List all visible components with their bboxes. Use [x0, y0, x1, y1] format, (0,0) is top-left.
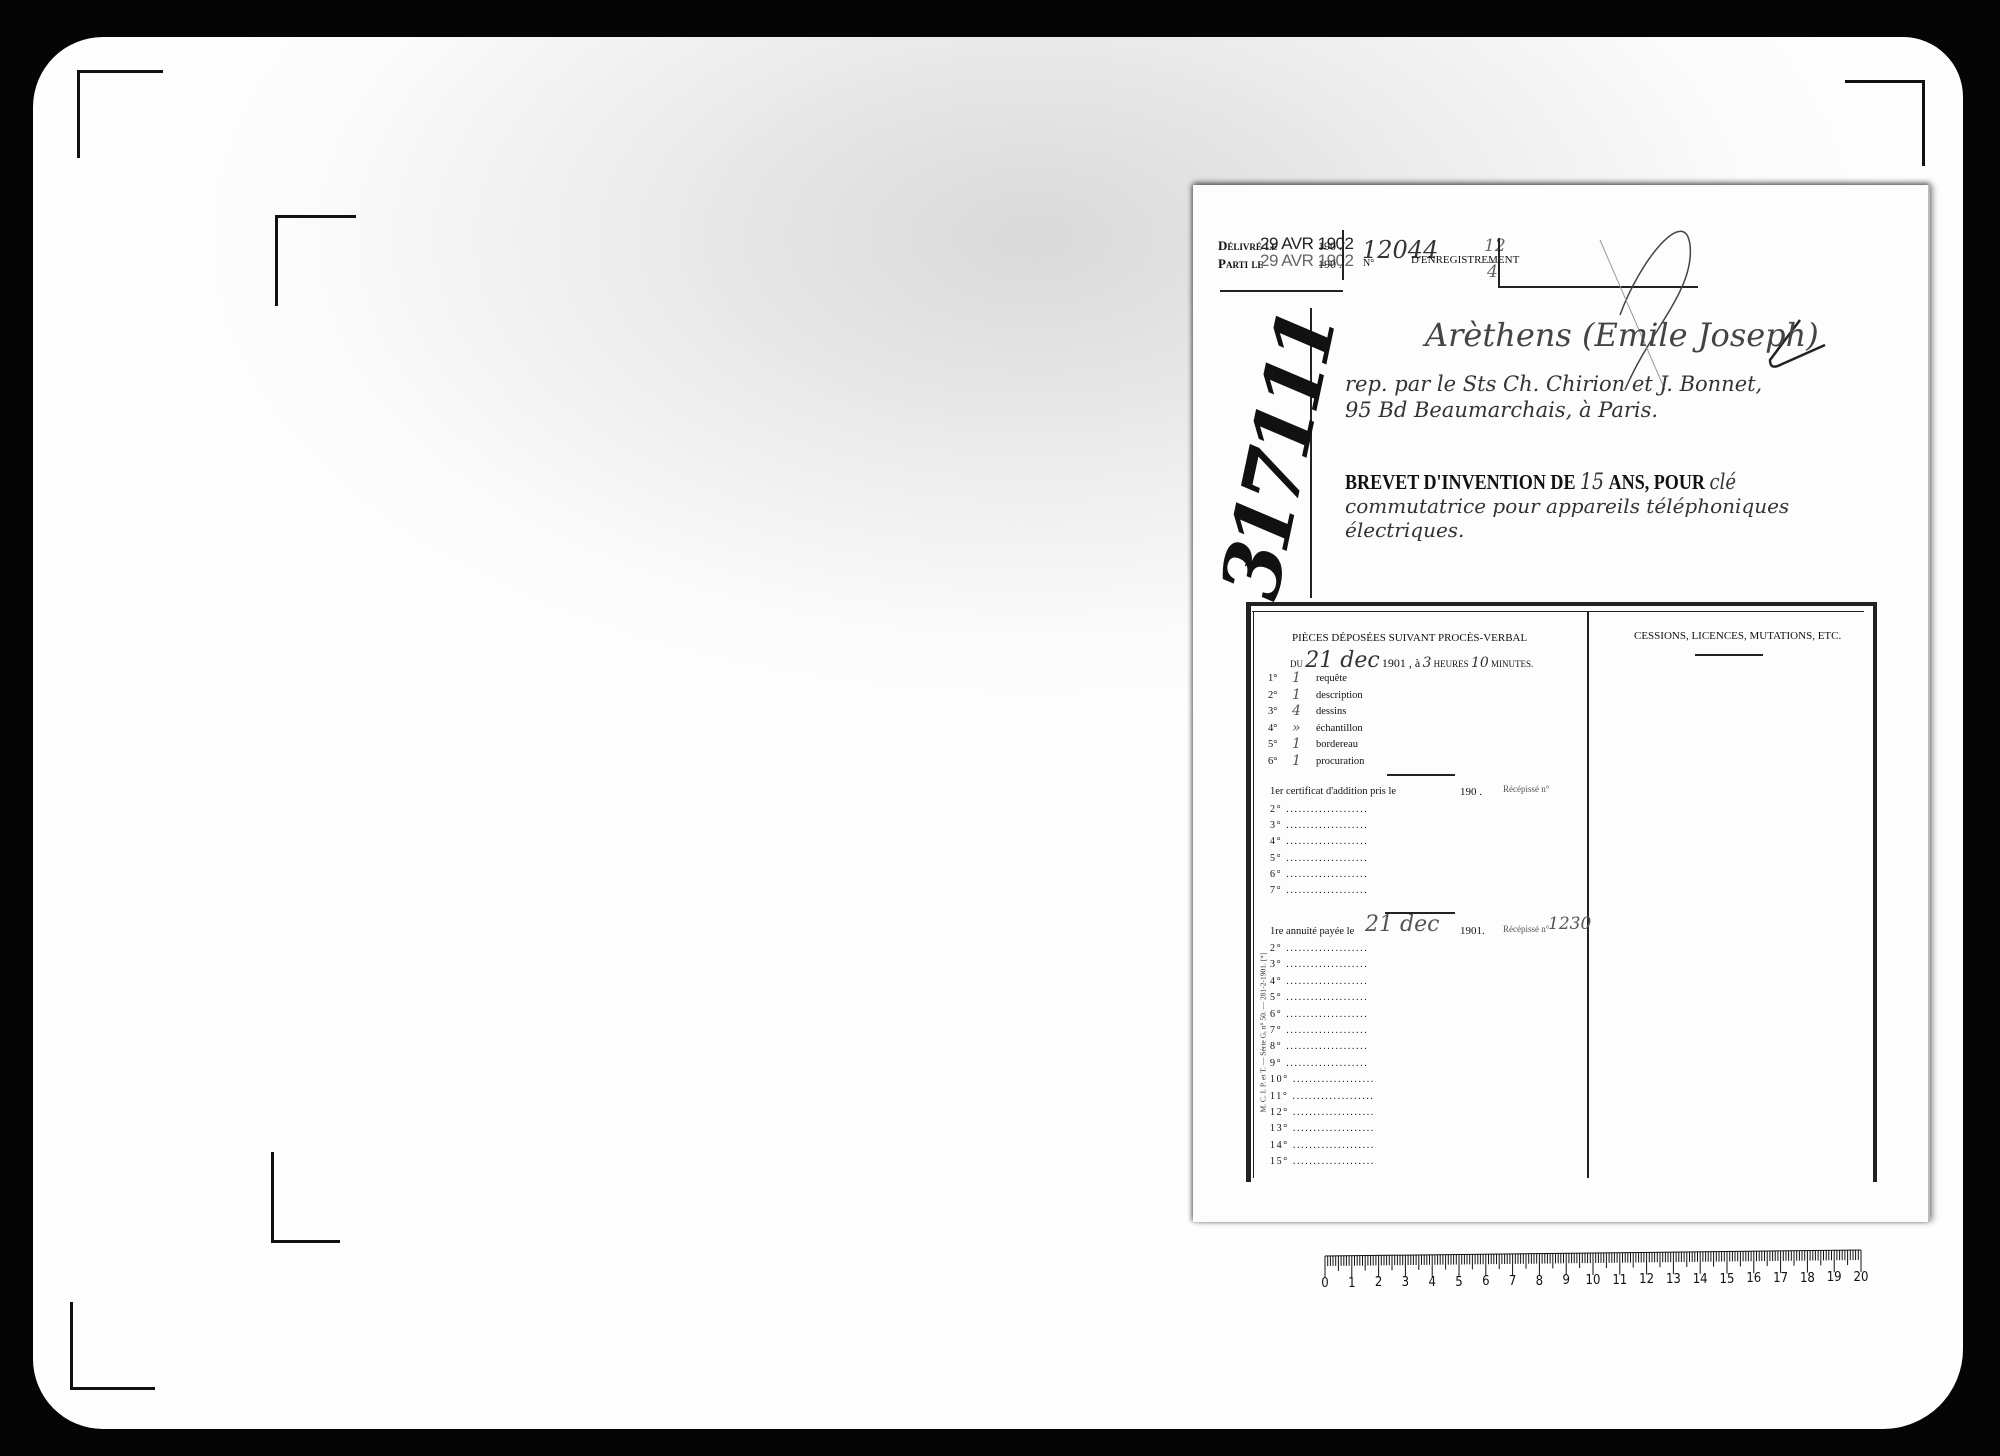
holder-name: Arèthens (Emile Joseph): [1425, 316, 1819, 354]
ruler-label: 15: [1720, 1272, 1735, 1287]
piece-label: bordereau: [1316, 739, 1358, 750]
ruler-label: 12: [1639, 1272, 1654, 1287]
certificate-row: 5° ....................: [1270, 853, 1368, 864]
ruler-label: 4: [1428, 1275, 1435, 1290]
certificate-receipt: Récépissé n°: [1503, 784, 1549, 794]
piece-label: procuration: [1316, 756, 1364, 767]
invention-line-3: électriques.: [1345, 518, 1464, 542]
ruler-label: 7: [1509, 1274, 1516, 1289]
certificate-row: 6° ....................: [1270, 869, 1368, 880]
piece-number: 4°: [1268, 723, 1277, 734]
parti-label: Parti le: [1218, 256, 1263, 272]
ruler-label: 17: [1773, 1271, 1788, 1286]
title-printed-after: ANS, POUR: [1609, 470, 1705, 494]
annuity-year: 1901.: [1460, 925, 1485, 937]
ruler-label: 3: [1402, 1275, 1409, 1290]
annuity-row: 9° ....................: [1270, 1058, 1368, 1069]
side-print: M. C. I. P. et T. — Série G, n° 50. — 28…: [1259, 948, 1268, 1118]
piece-count: 4: [1292, 703, 1301, 719]
certificate-year: 190 .: [1460, 786, 1482, 798]
ruler-label: 2: [1375, 1275, 1382, 1290]
year-prefix-2: 190 .: [1318, 257, 1342, 272]
piece-count: 1: [1292, 687, 1301, 703]
annuity-row: 10° ....................: [1270, 1074, 1375, 1085]
annuity-date: 21 dec: [1365, 912, 1439, 937]
ruler-label: 11: [1612, 1273, 1627, 1288]
annuity-row: 4° ....................: [1270, 976, 1368, 987]
fraction-bottom: 4: [1487, 262, 1498, 282]
invention-line-1: clé: [1709, 470, 1736, 494]
piece-number: 3°: [1268, 706, 1277, 717]
ruler-label: 16: [1746, 1271, 1761, 1286]
deposit-year: 1901 , à: [1382, 656, 1420, 670]
corner-mark-bottom-left-outer: [70, 1302, 155, 1390]
table-inner-left-rule: [1253, 611, 1254, 1178]
piece-label: requête: [1316, 673, 1347, 684]
annuity-row: 5° ....................: [1270, 992, 1368, 1003]
ruler-label: 10: [1586, 1273, 1601, 1288]
piece-count: 1: [1292, 736, 1301, 752]
piece-number: 1°: [1268, 673, 1277, 684]
header-box-bottom-rule: [1220, 290, 1343, 292]
piece-label: description: [1316, 690, 1363, 701]
ruler-label: 0: [1321, 1276, 1328, 1291]
annuity-row: 8° ....................: [1270, 1041, 1368, 1052]
table-column-divider: [1587, 611, 1589, 1178]
invention-line-2: commutatrice pour appareils téléphonique…: [1345, 494, 1789, 518]
annuity-row: 7° ....................: [1270, 1025, 1368, 1036]
hour-label: HEURES: [1434, 659, 1469, 669]
piece-count: 1: [1292, 753, 1301, 769]
corner-mark-top-left-inner: [275, 215, 356, 306]
measurement-ruler: 01234567891011121314151617181920: [1323, 1248, 1863, 1298]
representative-line-1: rep. par le Sts Ch. Chirion et J. Bonnet…: [1345, 372, 1762, 396]
deposit-minutes: 10: [1471, 655, 1489, 671]
year-prefix-1: 190 .: [1318, 239, 1342, 254]
ruler-label: 5: [1455, 1275, 1462, 1290]
ruler-label: 9: [1562, 1273, 1569, 1288]
right-column-heading: CESSIONS, LICENCES, MUTATIONS, ETC.: [1634, 630, 1841, 642]
title-printed: BREVET D'INVENTION DE: [1345, 470, 1575, 494]
piece-count: 1: [1292, 670, 1301, 686]
table-inner-top-rule: [1252, 611, 1864, 612]
handwritten-flourish: [1500, 200, 1900, 400]
certificate-first: 1er certificat d'addition pris le: [1270, 786, 1396, 797]
ruler-label: 1: [1348, 1276, 1355, 1291]
piece-number: 6°: [1268, 756, 1277, 767]
certificate-row: 3° ....................: [1270, 820, 1368, 831]
ruler-label: 14: [1693, 1272, 1708, 1287]
piece-label: dessins: [1316, 706, 1346, 717]
annuity-row: 13° ....................: [1270, 1123, 1375, 1134]
deposit-du: DU: [1290, 659, 1303, 669]
pieces-separator: [1387, 774, 1455, 776]
annuity-receipt-value: 1230: [1548, 914, 1591, 934]
ruler-label: 18: [1800, 1271, 1815, 1286]
piece-label: échantillon: [1316, 723, 1363, 734]
annuity-row: 12° ....................: [1270, 1107, 1375, 1118]
corner-mark-top-left-outer: [77, 70, 163, 158]
ruler-label: 20: [1854, 1270, 1869, 1285]
duration-years: 15: [1580, 470, 1604, 495]
ruler-label: 8: [1536, 1274, 1543, 1289]
deposit-hour: 3: [1423, 655, 1432, 671]
annuity-first: 1re annuité payée le: [1270, 926, 1354, 937]
certificate-row: 4° ....................: [1270, 836, 1368, 847]
annuity-row: 6° ....................: [1270, 1009, 1368, 1020]
certificate-row: 2° ....................: [1270, 804, 1368, 815]
deposit-line: DU 21 dec 1901 , à 3 HEURES 10 MINUTES.: [1290, 648, 1533, 673]
annuity-row: 15° ....................: [1270, 1156, 1375, 1167]
right-heading-underline: [1695, 654, 1763, 656]
annuity-row: 3° ....................: [1270, 959, 1368, 970]
annuity-row: 2° ....................: [1270, 943, 1368, 954]
header-box-right-rule: [1342, 230, 1344, 280]
ruler-label: 6: [1482, 1274, 1489, 1289]
ruler-label: 19: [1827, 1270, 1842, 1285]
annuity-row: 14° ....................: [1270, 1140, 1375, 1151]
corner-mark-bottom-left-inner: [271, 1152, 340, 1243]
annuity-row: 11° ....................: [1270, 1091, 1375, 1102]
representative-line-2: 95 Bd Beaumarchais, à Paris.: [1345, 398, 1658, 422]
minutes-label: MINUTES.: [1491, 659, 1533, 669]
piece-number: 2°: [1268, 690, 1277, 701]
left-column-heading: PIÈCES DÉPOSÉES SUIVANT PROCÈS-VERBAL: [1292, 632, 1527, 644]
annuity-receipt-label: Récépissé n°: [1503, 924, 1549, 934]
ruler-label: 13: [1666, 1272, 1681, 1287]
certificate-row: 7° ....................: [1270, 885, 1368, 896]
patent-title: BREVET D'INVENTION DE 15 ANS, POUR clé: [1345, 470, 1736, 495]
deposit-date: 21 dec: [1305, 648, 1379, 673]
corner-mark-top-right: [1845, 80, 1925, 166]
piece-number: 5°: [1268, 739, 1277, 750]
piece-count: »: [1292, 720, 1301, 736]
